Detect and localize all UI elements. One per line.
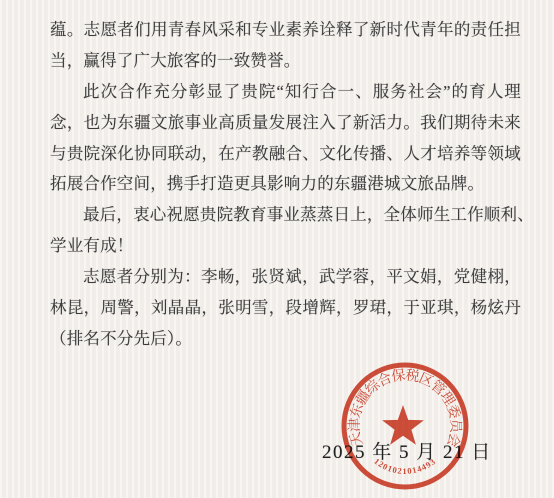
text-line: 林昆，周警，刘晶晶，张明雪，段增辉，罗珺，于亚琪，杨炫丹 <box>50 293 521 324</box>
text-line: （排名不分先后）。 <box>50 324 521 355</box>
text-line: 学业有成！ <box>50 231 521 262</box>
text-line: 最后，衷心祝愿贵院教育事业蒸蒸日上，全体师生工作顺利、 <box>50 200 521 231</box>
text-line: 与贵院深化协同联动，在产教融合、文化传播、人才培养等领域 <box>50 139 521 170</box>
text-line: 当，赢得了广大旅客的一致赞誉。 <box>50 46 521 77</box>
text-line: 志愿者分别为：李畅，张贤斌，武学蓉，平文娟，党健栩， <box>50 262 521 293</box>
seal-number-text: 1201021014493 <box>372 456 437 476</box>
text-line: 此次合作充分彰显了贵院“知行合一、服务社会”的育人理 <box>50 77 521 108</box>
official-seal: 天津东疆综合保税区管理委员会 1201021014493 <box>333 354 477 498</box>
text-line: 拓展合作空间，携手打造更具影响力的东疆港城文旅品牌。 <box>50 169 521 200</box>
letter-body: 蕴。志愿者们用青春风采和专业素养诠释了新时代青年的责任担当，赢得了广大旅客的一致… <box>50 15 521 355</box>
scanned-letter-page: 蕴。志愿者们用青春风采和专业素养诠释了新时代青年的责任担当，赢得了广大旅客的一致… <box>0 0 554 498</box>
star-icon <box>382 405 424 445</box>
text-line: 蕴。志愿者们用青春风采和专业素养诠释了新时代青年的责任担 <box>50 15 521 46</box>
text-line: 念，也为东疆文旅事业高质量发展注入了新活力。我们期待未来 <box>50 108 521 139</box>
